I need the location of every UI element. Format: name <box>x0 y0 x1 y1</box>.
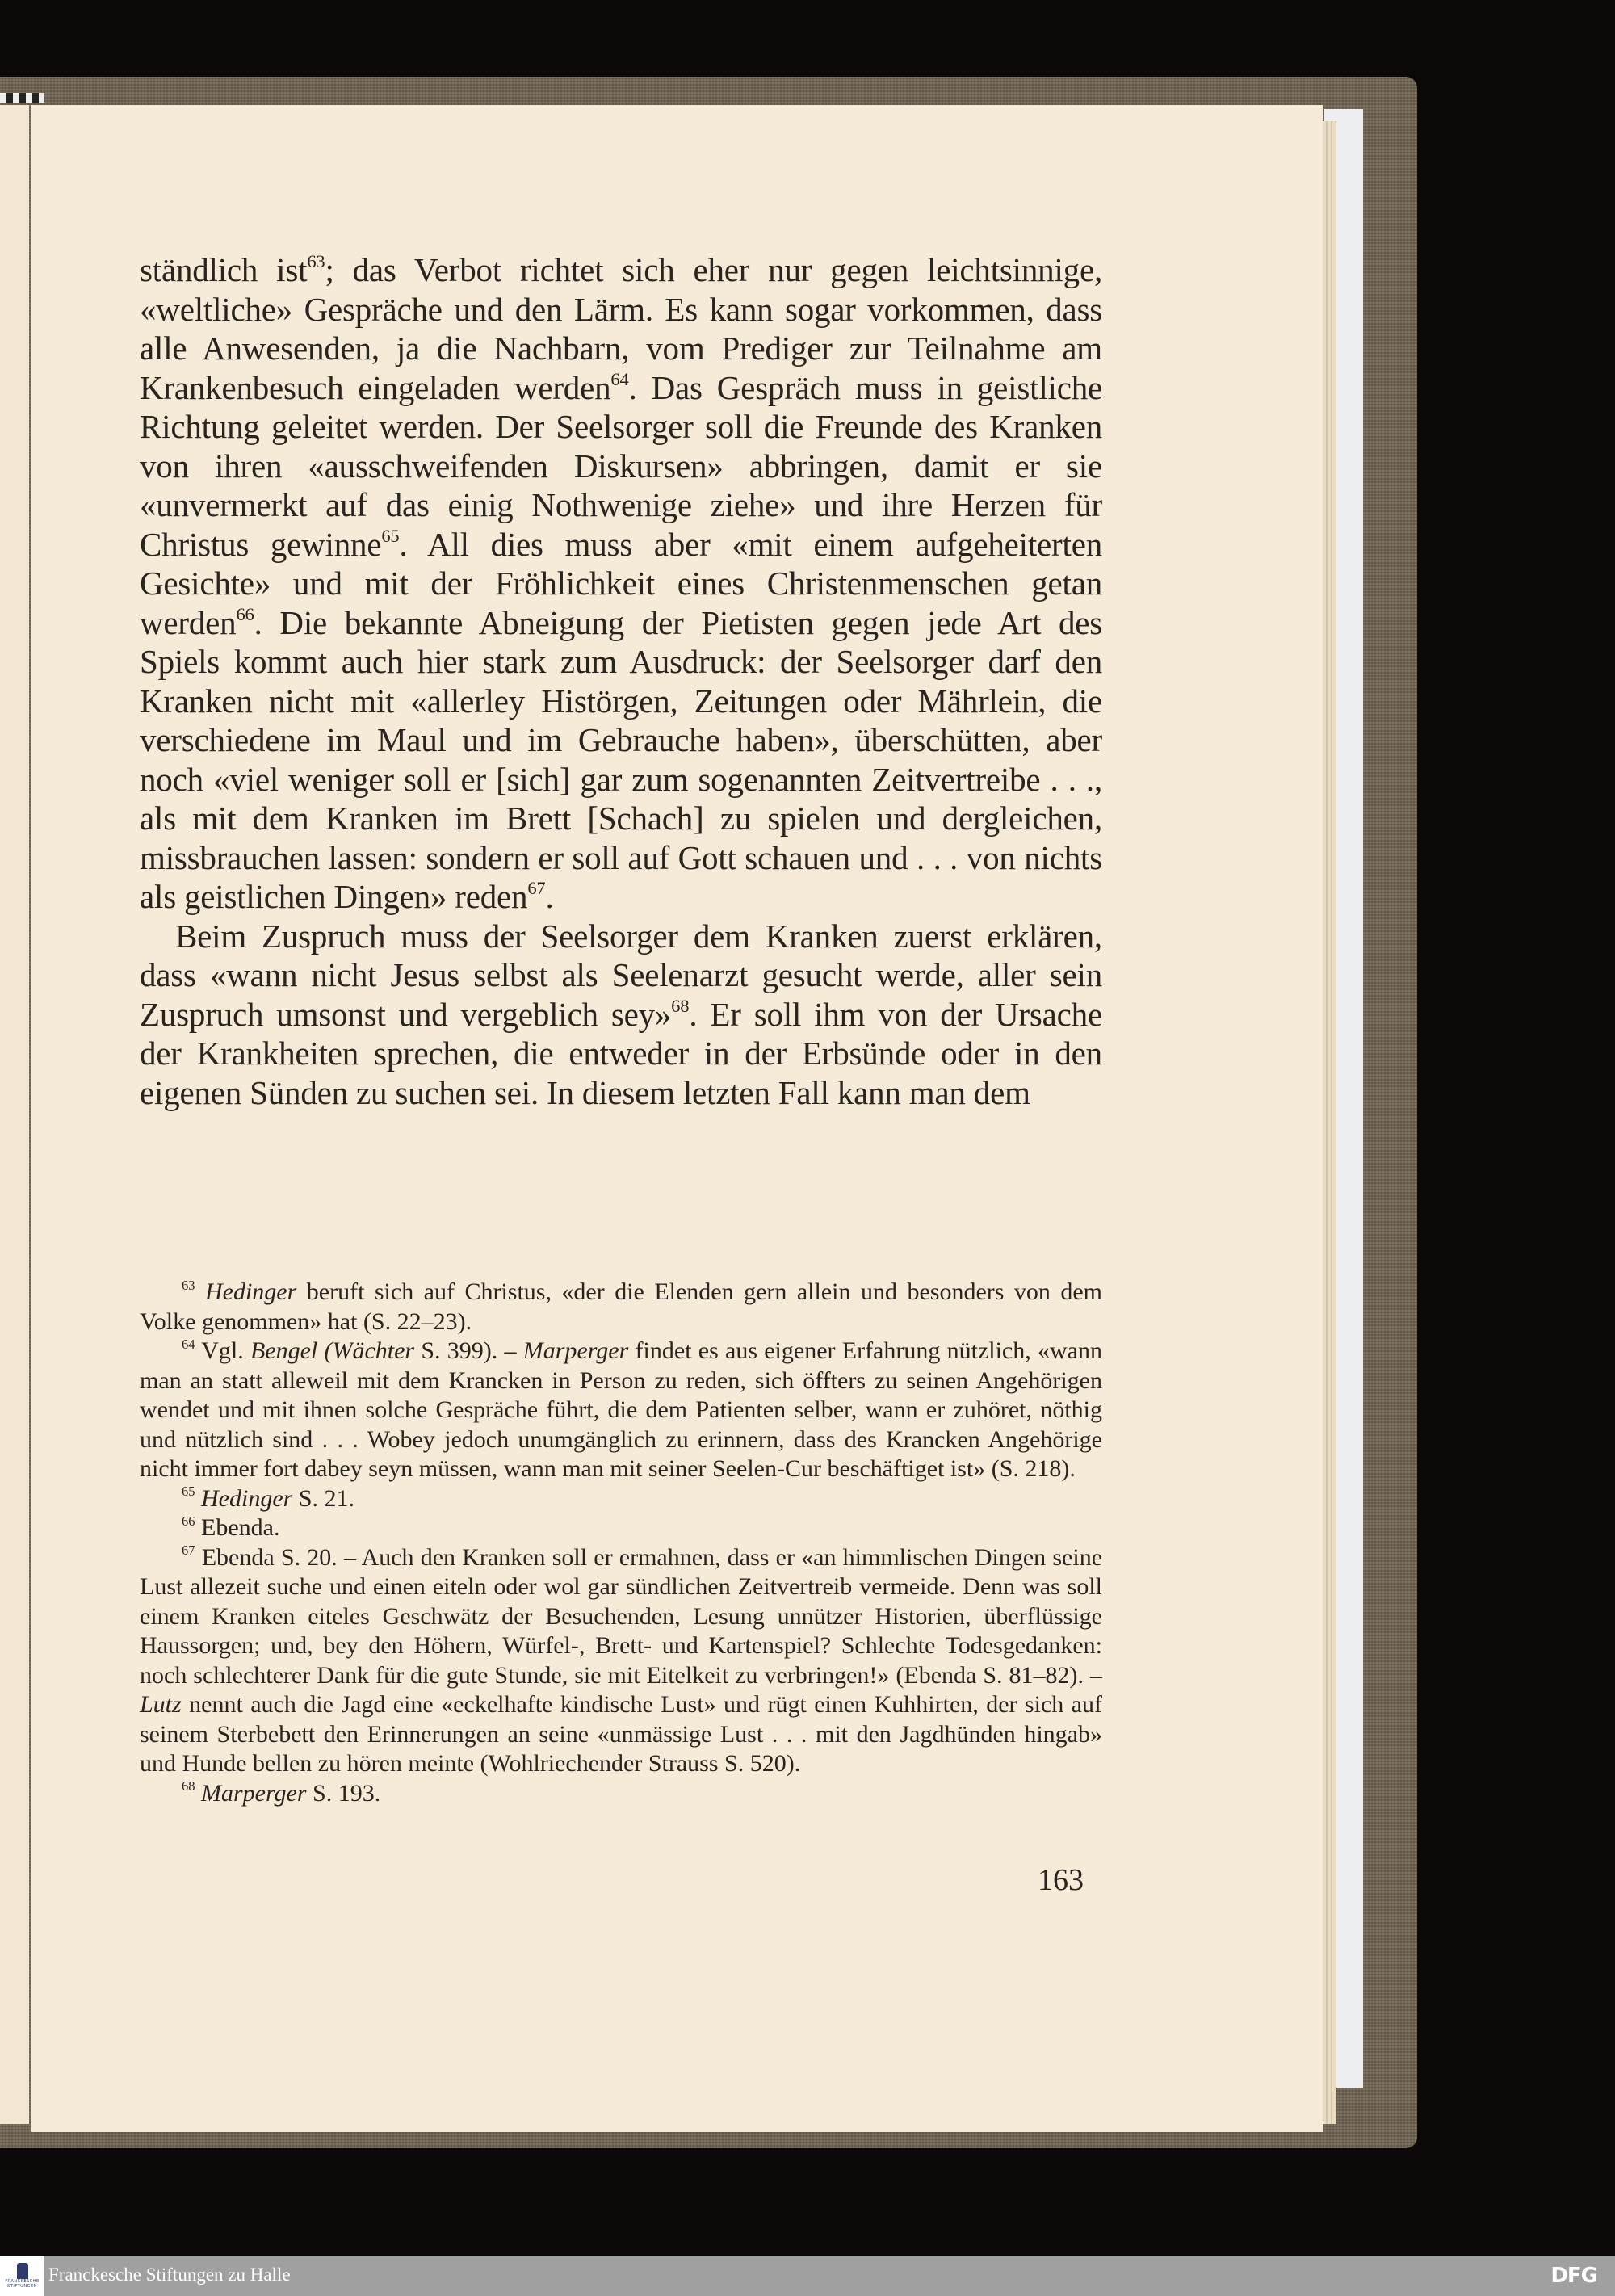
footnote-text: Ebenda S. 20. – Auch den Kranken soll er… <box>140 1544 1102 1689</box>
footnote-68: 68 Marperger S. 193. <box>140 1779 1102 1809</box>
institution-emblem-icon <box>17 2263 28 2279</box>
paragraph-1: ständlich ist63; das Verbot richtet sich… <box>140 250 1102 917</box>
text-run: . Die bekannte Abneigung der Pietisten g… <box>140 604 1102 916</box>
footnote-text: Vgl. <box>201 1337 250 1364</box>
footnote-author: Hedinger <box>201 1485 292 1512</box>
footnote-reference: Bengel (Wächter <box>250 1337 414 1364</box>
footnote-author: Marperger <box>523 1337 629 1364</box>
footnote-number: 68 <box>182 1778 195 1794</box>
footnote-67: 67 Ebenda S. 20. – Auch den Kranken soll… <box>140 1543 1102 1779</box>
book-page: ständlich ist63; das Verbot richtet sich… <box>31 105 1323 2132</box>
footnote-66: 66 Ebenda. <box>140 1513 1102 1543</box>
footnote-ref-67[interactable]: 67 <box>527 878 545 898</box>
footnote-ref-65[interactable]: 65 <box>381 526 399 546</box>
footnote-ref-63[interactable]: 63 <box>307 251 325 271</box>
footnote-64: 64 Vgl. Bengel (Wächter S. 399). – Marpe… <box>140 1337 1102 1484</box>
footnote-text: S. 399). – <box>414 1337 523 1364</box>
footnote-text: nennt auch die Jagd eine «eckelhafte kin… <box>140 1691 1102 1777</box>
footnote-number: 64 <box>182 1337 195 1352</box>
institution-name[interactable]: Franckesche Stiftungen zu Halle <box>48 2265 291 2286</box>
footnote-author: Hedinger <box>205 1278 296 1305</box>
dfg-logo[interactable]: DFG <box>1550 2264 1597 2288</box>
footnote-63: 63 Hedinger beruft sich auf Christus, «d… <box>140 1278 1102 1337</box>
footnote-ref-68[interactable]: 68 <box>671 996 689 1016</box>
footnotes: 63 Hedinger beruft sich auf Christus, «d… <box>140 1278 1102 1808</box>
logo-caption: STIFTUNGEN <box>7 2284 37 2289</box>
franckesche-stiftungen-logo[interactable]: FRANCKESCHE STIFTUNGEN <box>0 2256 44 2296</box>
footnote-author: Marperger <box>201 1780 307 1807</box>
footnote-ref-64[interactable]: 64 <box>610 369 628 389</box>
text-run: . <box>546 878 554 915</box>
spine-stitching <box>0 93 44 103</box>
footnote-number: 65 <box>182 1484 195 1499</box>
main-text: ständlich ist63; das Verbot richtet sich… <box>140 250 1102 1112</box>
footnote-author: Lutz <box>140 1691 182 1718</box>
footnote-text: Ebenda. <box>201 1514 279 1541</box>
footnote-number: 63 <box>182 1278 195 1293</box>
footnote-number: 66 <box>182 1513 195 1529</box>
left-page-edge <box>0 105 29 2124</box>
footnote-65: 65 Hedinger S. 21. <box>140 1484 1102 1514</box>
footnote-text: S. 193. <box>307 1780 381 1807</box>
text-run: ständlich ist <box>140 251 307 288</box>
footnote-ref-66[interactable]: 66 <box>236 604 254 624</box>
footnote-number: 67 <box>182 1543 195 1558</box>
paragraph-2: Beim Zuspruch muss der Seelsorger dem Kr… <box>140 917 1102 1113</box>
page-number: 163 <box>1038 1862 1084 1898</box>
footnote-text: S. 21. <box>292 1485 354 1512</box>
footer-bar: FRANCKESCHE STIFTUNGEN Franckesche Stift… <box>0 2256 1615 2296</box>
